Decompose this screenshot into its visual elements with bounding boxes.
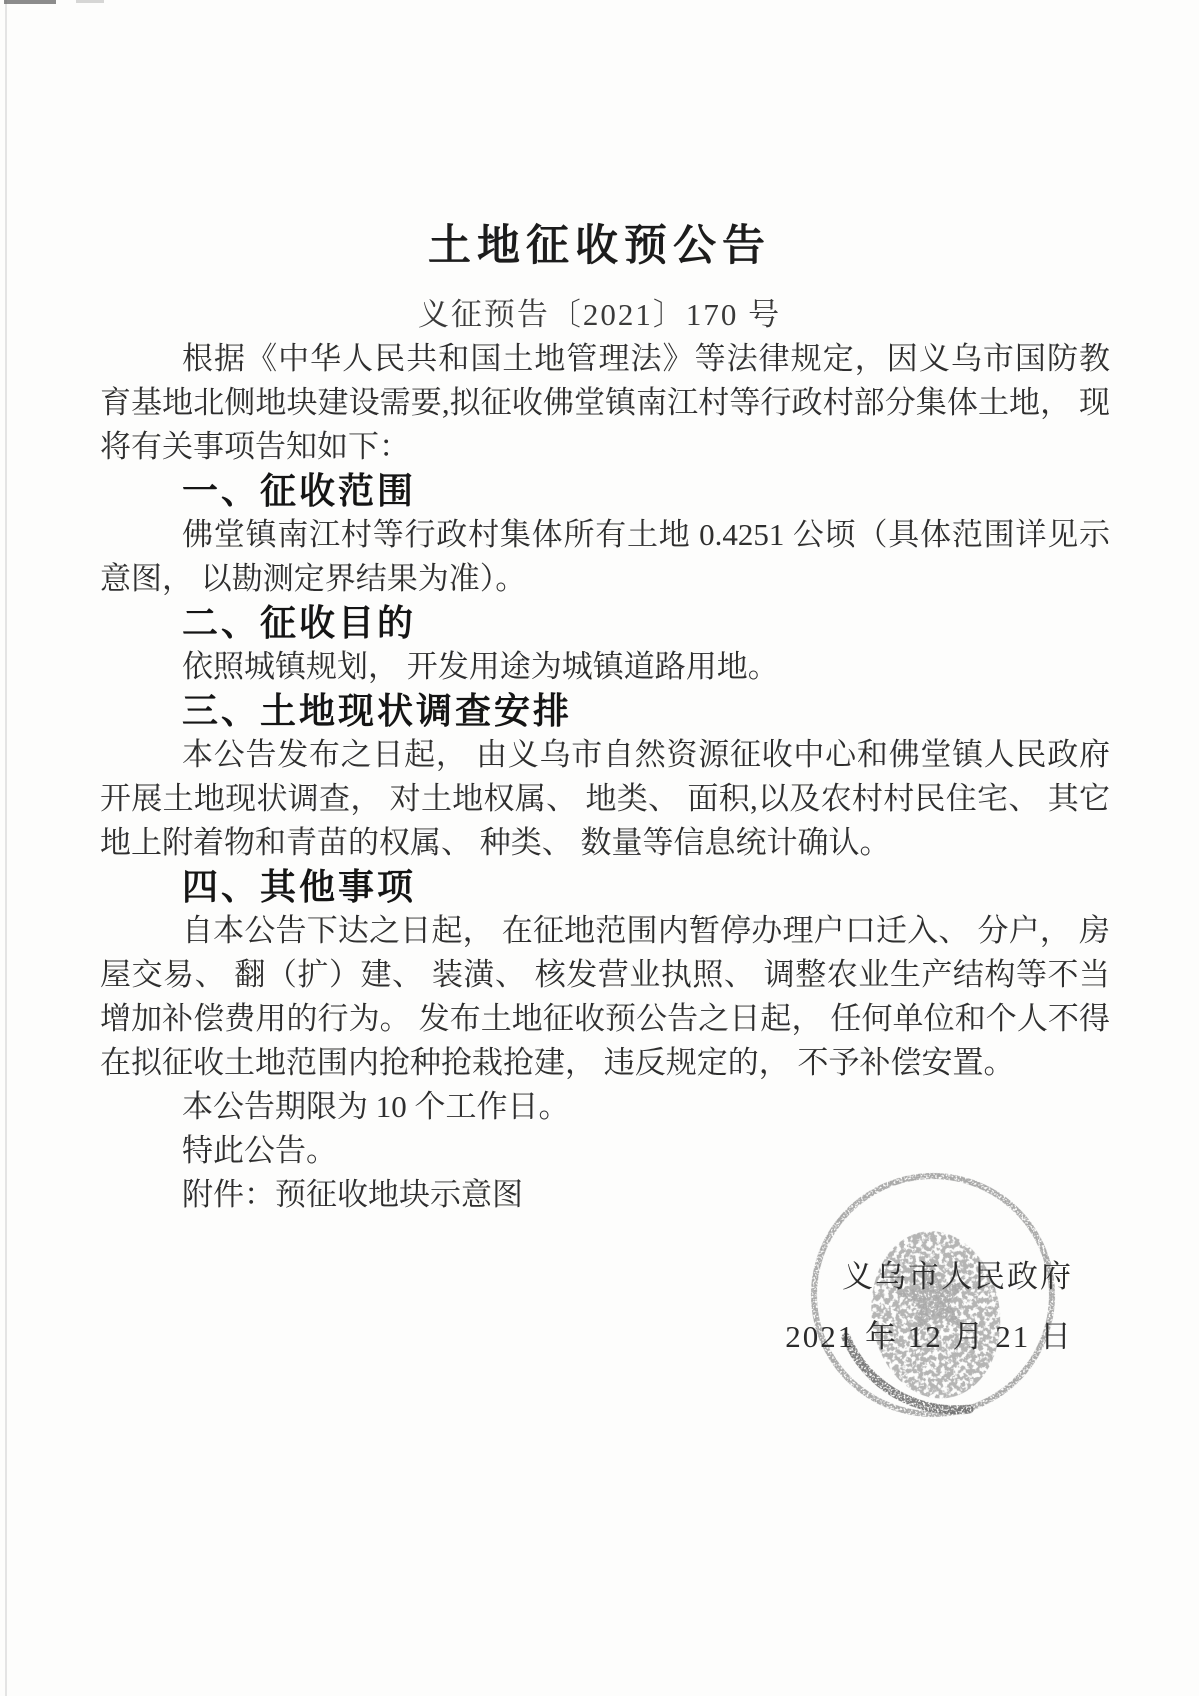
section-2-body: 依照城镇规划， 开发用途为城镇道路用地。 <box>100 645 1110 689</box>
closing-duration-line: 本公告期限为 10 个工作日。 <box>100 1085 1110 1129</box>
scan-left-edge-artifact <box>5 0 7 1696</box>
document-number: 义征预告〔2021〕170 号 <box>0 293 1199 337</box>
section-3-body: 本公告发布之日起， 由义乌市自然资源征收中心和佛堂镇人民政府开展土地现状调查， … <box>100 733 1110 865</box>
section-1-heading: 一、征收范围 <box>100 469 1110 513</box>
section-4-body: 自本公告下达之日起， 在征地范围内暂停办理户口迁入、 分户， 房屋交易、 翻（扩… <box>100 909 1110 1085</box>
document-body: 根据《中华人民共和国土地管理法》等法律规定，因义乌市国防教育基地北侧地块建设需要… <box>100 337 1110 1217</box>
signature-block: 义乌市人民政府 2021 年 12 月 21 日 <box>785 1247 1073 1367</box>
section-4-heading: 四、其他事项 <box>100 865 1110 909</box>
section-2-heading: 二、征收目的 <box>100 601 1110 645</box>
signature-issuer: 义乌市人民政府 <box>785 1247 1073 1307</box>
scanned-announcement-page: 土地征收预公告 义征预告〔2021〕170 号 根据《中华人民共和国土地管理法》… <box>0 0 1199 1696</box>
section-1-body: 佛堂镇南江村等行政村集体所有土地 0.4251 公顷（具体范围详见示意图， 以勘… <box>100 513 1110 601</box>
document-title: 土地征收预公告 <box>0 0 1199 273</box>
scan-corner-artifact <box>4 0 56 4</box>
section-3-heading: 三、土地现状调查安排 <box>100 689 1110 733</box>
intro-paragraph: 根据《中华人民共和国土地管理法》等法律规定，因义乌市国防教育基地北侧地块建设需要… <box>100 337 1110 469</box>
signature-date: 2021 年 12 月 21 日 <box>785 1307 1073 1367</box>
scan-corner-artifact <box>76 0 104 3</box>
